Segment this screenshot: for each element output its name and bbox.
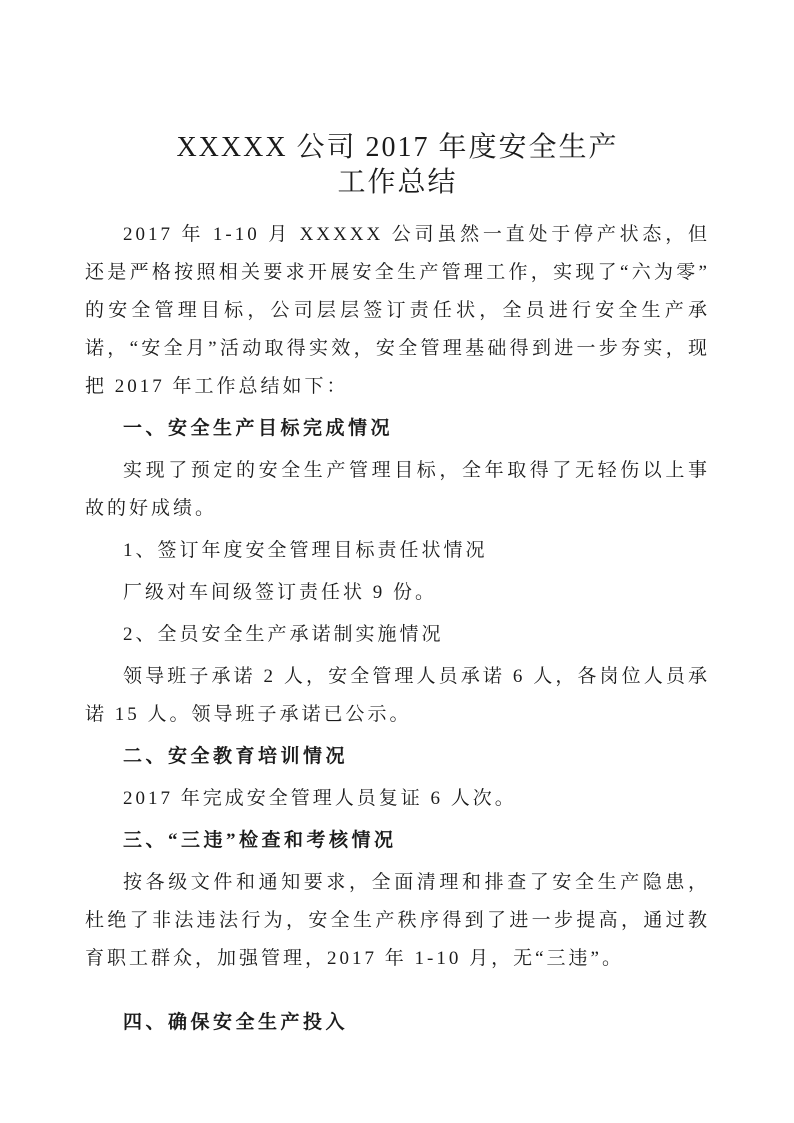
heading-section-3: 三、“三违”检查和考核情况 (85, 822, 710, 860)
document-title: XXXXX 公司 2017 年度安全生产 工作总结 (85, 130, 710, 200)
para-violation-check: 按各级文件和通知要求，全面清理和排查了安全生产隐患，杜绝了非法违法行为，安全生产… (85, 864, 710, 978)
title-line-1: XXXXX 公司 2017 年度安全生产 (85, 130, 710, 165)
para-commitment-counts: 领导班子承诺 2 人，安全管理人员承诺 6 人，各岗位人员承诺 15 人。领导班… (85, 658, 710, 734)
heading-section-2: 二、安全教育培训情况 (85, 738, 710, 776)
para-training: 2017 年完成安全管理人员复证 6 人次。 (85, 780, 710, 818)
document-page: XXXXX 公司 2017 年度安全生产 工作总结 2017 年 1-10 月 … (0, 0, 794, 1123)
para-item-1-responsibility: 1、签订年度安全管理目标责任状情况 (85, 532, 710, 570)
heading-section-4: 四、确保安全生产投入 (85, 1004, 710, 1042)
para-item-2-commitment: 2、全员安全生产承诺制实施情况 (85, 616, 710, 654)
para-responsibility-count: 厂级对车间级签订责任状 9 份。 (85, 574, 710, 612)
document-body: 2017 年 1-10 月 XXXXX 公司虽然一直处于停产状态，但还是严格按照… (85, 216, 710, 1042)
para-intro: 2017 年 1-10 月 XXXXX 公司虽然一直处于停产状态，但还是严格按照… (85, 216, 710, 406)
para-goal-completion: 实现了预定的安全生产管理目标，全年取得了无轻伤以上事故的好成绩。 (85, 452, 710, 528)
heading-section-1: 一、安全生产目标完成情况 (85, 410, 710, 448)
title-line-2: 工作总结 (85, 165, 710, 200)
